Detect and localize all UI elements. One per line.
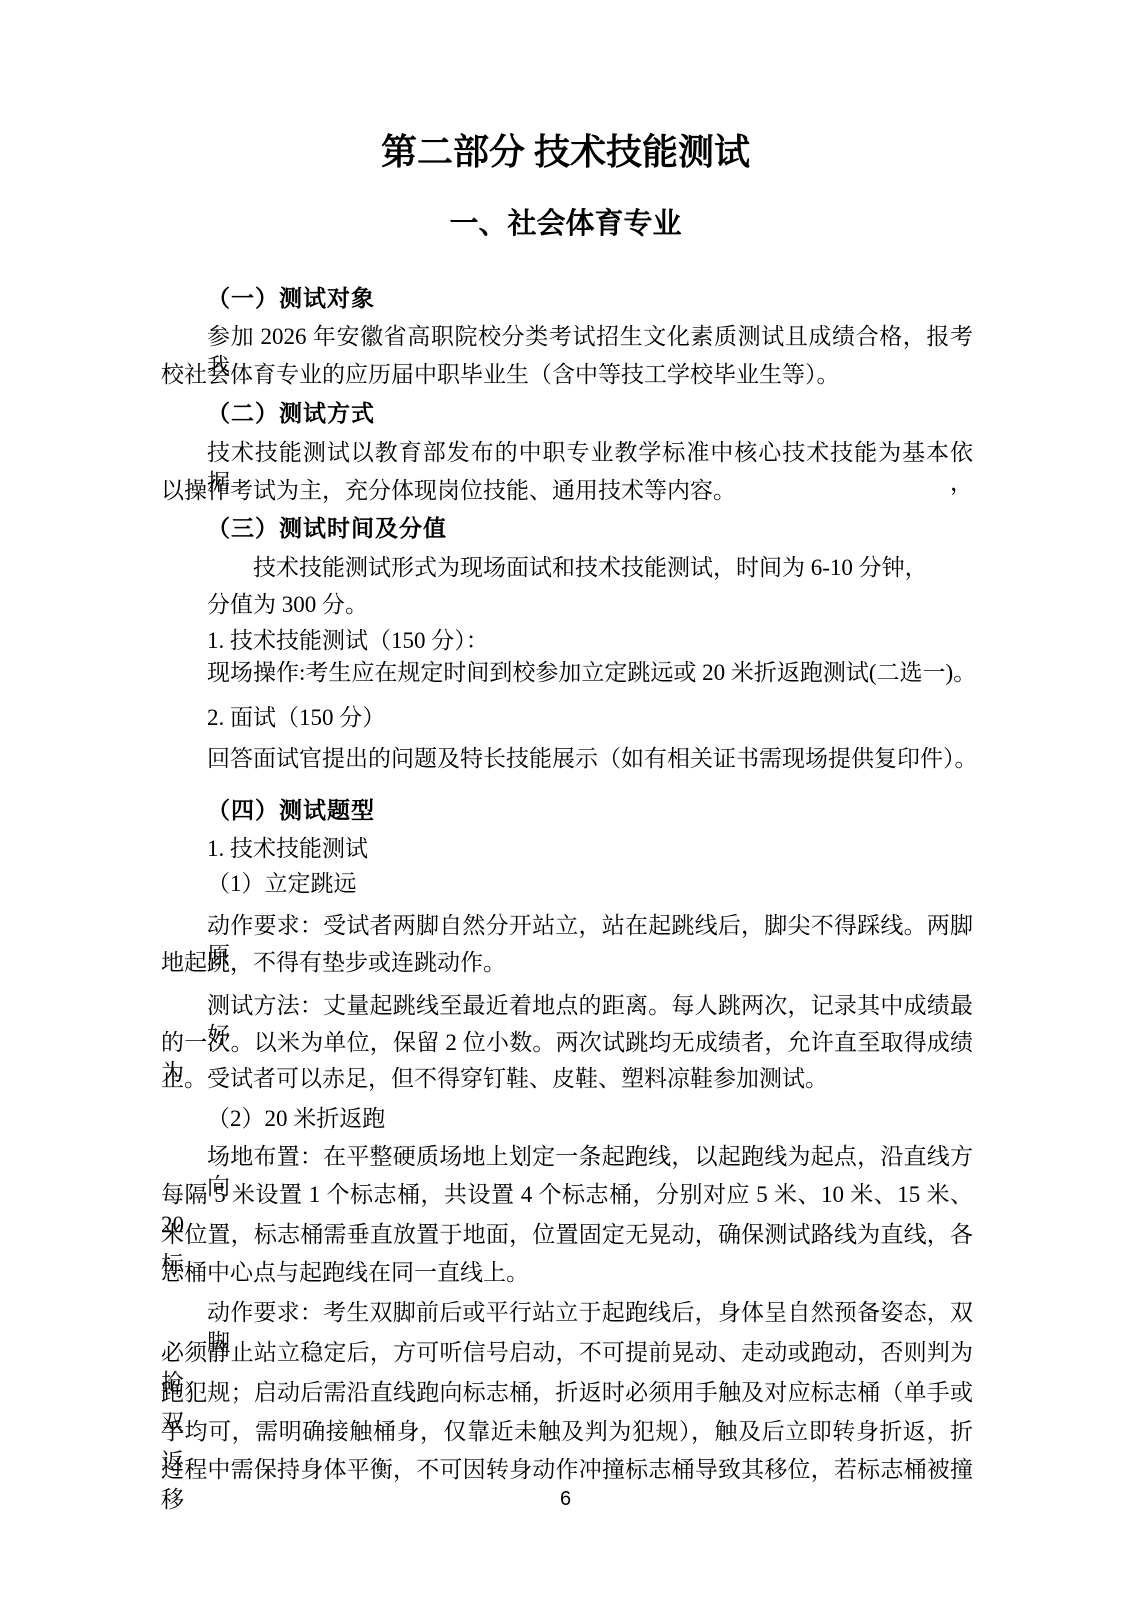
item-skill-test: 1. 技术技能测试 [161,834,973,864]
heading-test-method: （二）测试方式 [161,399,973,429]
paragraph-line: 志桶中心点与起跑线在同一直线上。 [161,1258,973,1288]
paragraph-line: 现场操作:考生应在规定时间到校参加立定跳远或 20 米折返跑测试(二选一)。 [161,658,973,688]
page-number: 6 [0,1486,1131,1512]
item-standing-long-jump: （1）立定跳远 [161,869,973,899]
heading-test-time-score: （三）测试时间及分值 [161,514,973,544]
document-page: 第二部分 技术技能测试 一、社会体育专业 （一）测试对象 参加 2026 年安徽… [0,0,1131,1600]
item-interview-score: 2. 面试（150 分） [161,703,973,733]
item-skill-test-score: 1. 技术技能测试（150 分）： [161,626,973,656]
heading-test-question-type: （四）测试题型 [161,796,973,826]
paragraph-line: 止。受试者可以赤足，但不得穿钉鞋、皮鞋、塑料凉鞋参加测试。 [161,1064,973,1094]
paragraph-line: 分值为 300 分。 [161,590,973,620]
section-title: 一、社会体育专业 [0,206,1131,242]
paragraph-line: 技术技能测试形式为现场面试和技术技能测试，时间为 6-10 分钟， [161,553,973,583]
paragraph-line: 回答面试官提出的问题及特长技能展示（如有相关证书需现场提供复印件）。 [161,744,973,774]
paragraph-line: 校社会体育专业的应历届中职毕业生（含中等技工学校毕业生等）。 [161,360,973,390]
paragraph-line: 以操作考试为主，充分体现岗位技能、通用技术等内容。 [161,476,973,506]
heading-test-target: （一）测试对象 [161,284,973,314]
item-20m-shuttle-run: （2）20 米折返跑 [161,1104,973,1134]
paragraph-line: 地起跳，不得有垫步或连跳动作。 [161,948,973,978]
document-title: 第二部分 技术技能测试 [0,130,1131,174]
